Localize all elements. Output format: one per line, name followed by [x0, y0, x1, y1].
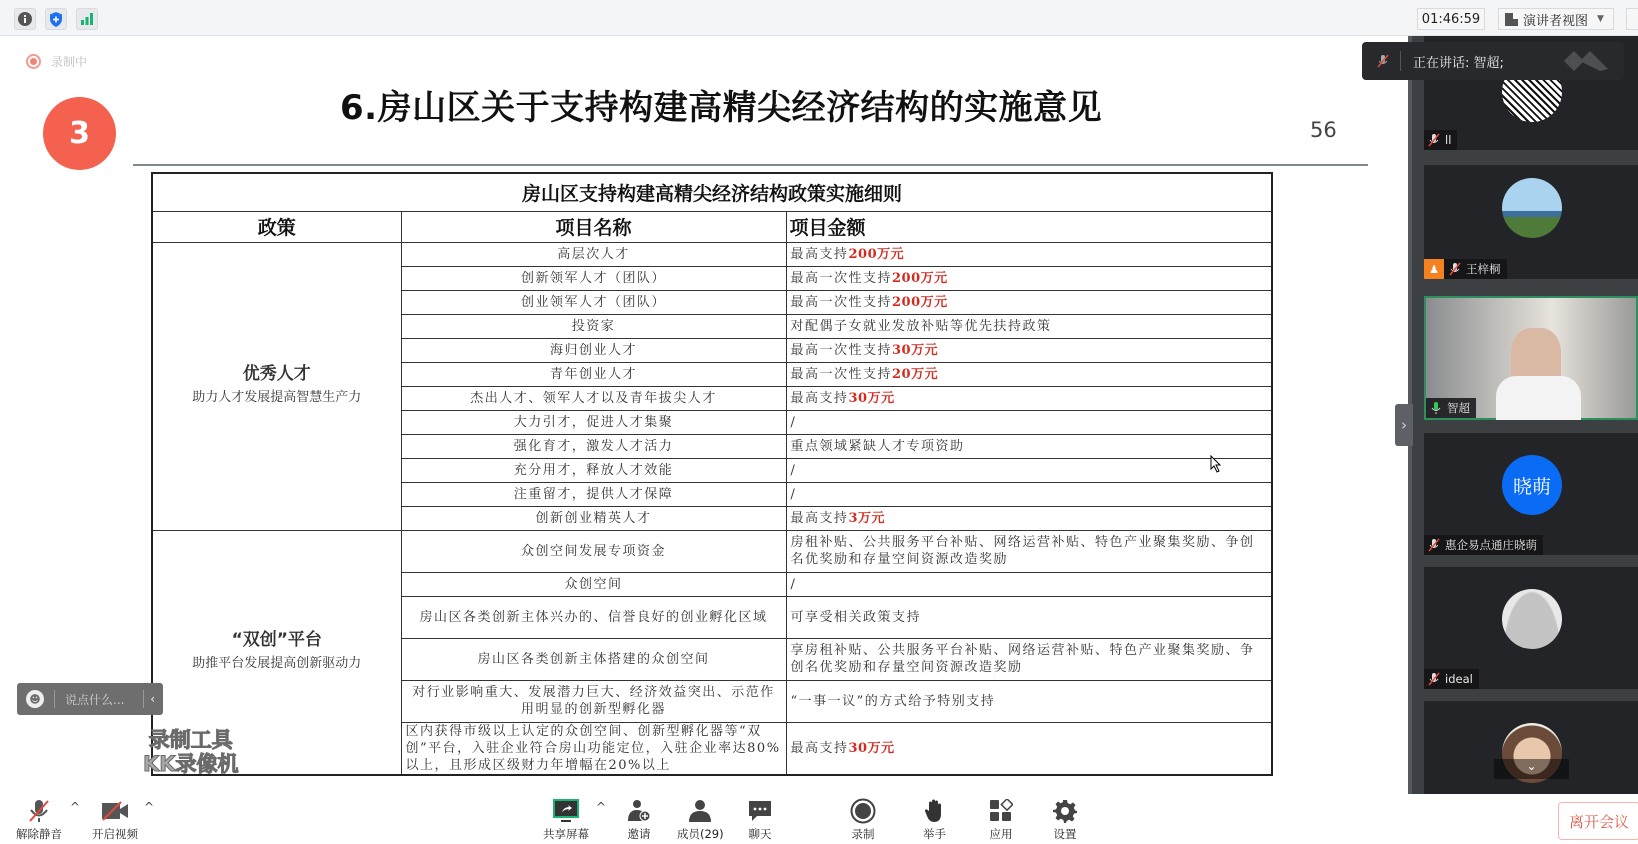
chat-icon — [748, 799, 772, 823]
start-video-button[interactable]: 开启视频 — [92, 798, 138, 842]
recorder-watermark: 录制工具 KK录像机 — [143, 728, 239, 776]
chat-input[interactable]: 说点什么... — [65, 691, 137, 708]
record-button[interactable]: 录制 — [850, 798, 876, 842]
fullscreen-button[interactable] — [1626, 8, 1638, 30]
security-shield-icon[interactable] — [45, 8, 67, 30]
participant-tile[interactable]: ♟ 王梓桐 — [1424, 165, 1638, 279]
participant-tile[interactable]: ideal — [1424, 567, 1638, 689]
meeting-top-bar: 01:46:59 演讲者视图 ▼ — [0, 0, 1638, 36]
raise-hand-icon — [924, 799, 946, 823]
mic-muted-icon — [1427, 672, 1441, 686]
column-header-amount: 项目金额 — [786, 211, 1272, 242]
mic-muted-icon — [1427, 133, 1441, 147]
mouse-cursor-icon — [1210, 455, 1222, 473]
unmute-button[interactable]: 解除静音 — [16, 798, 62, 842]
emoji-icon[interactable]: ☻ — [26, 690, 44, 708]
view-mode-label: 演讲者视图 — [1523, 10, 1588, 29]
slide-title: 6.房山区关于支持构建高精尖经济结构的实施意见 — [340, 80, 1102, 129]
mic-muted-icon — [28, 799, 50, 823]
chat-button[interactable]: 聊天 — [748, 798, 772, 842]
scroll-down-icon[interactable]: ⌄ — [1494, 759, 1569, 779]
layout-icon — [1505, 13, 1518, 26]
participant-tile[interactable]: ⌄ — [1424, 701, 1638, 794]
collapse-panel-button[interactable]: › — [1395, 404, 1413, 446]
active-speaker-toast: 正在讲话: 智超; — [1362, 42, 1624, 80]
settings-button[interactable]: 设置 — [1053, 798, 1077, 842]
avatar: 晓萌 — [1502, 455, 1562, 515]
participant-name: 惠企易点通庄晓萌 — [1445, 537, 1537, 553]
mic-muted-icon — [1376, 54, 1390, 68]
video-options-chevron-icon[interactable]: ^ — [144, 800, 154, 814]
table-row: “双创”平台助推平台发展提高创新驱动力 众创空间发展专项资金 房租补贴、公共服务… — [152, 530, 1272, 572]
host-icon: ♟ — [1424, 259, 1444, 279]
share-screen-button[interactable]: 共享屏幕 — [543, 798, 589, 842]
participant-name: 王梓桐 — [1466, 261, 1501, 277]
section-number-badge: 3 — [43, 97, 116, 170]
chat-input-bar[interactable]: ☻ 说点什么... ‹ — [17, 683, 163, 715]
mic-muted-icon — [1448, 262, 1462, 276]
table-caption: 房山区支持构建高精尖经济结构政策实施细则 — [152, 173, 1272, 211]
members-button[interactable]: 成员(29) — [677, 798, 724, 842]
slide-page-number: 56 — [1310, 118, 1337, 142]
column-header-policy: 政策 — [152, 211, 401, 242]
share-screen-icon — [553, 799, 579, 823]
share-options-chevron-icon[interactable]: ^ — [596, 800, 606, 814]
chevron-down-icon: ▼ — [1597, 14, 1604, 24]
mic-active-icon — [1429, 401, 1443, 415]
recording-dot-icon — [26, 54, 41, 69]
apps-grid-icon — [989, 799, 1013, 823]
shared-screen-slide: 3 6.房山区关于支持构建高精尖经济结构的实施意见 56 房山区支持构建高精尖经… — [0, 36, 1410, 794]
gear-icon — [1053, 799, 1077, 823]
invite-button[interactable]: 邀请 — [626, 798, 652, 842]
info-icon[interactable] — [14, 8, 36, 30]
recording-indicator: 录制中 — [26, 53, 87, 70]
policy-table: 房山区支持构建高精尖经济结构政策实施细则 政策 项目名称 项目金额 优秀人才助力… — [151, 172, 1273, 776]
avatar — [1502, 178, 1562, 238]
network-signal-icon[interactable] — [76, 8, 98, 30]
table-row: 优秀人才助力人才发展提高智慧生产力 高层次人才 最高支持200万元 — [152, 242, 1272, 266]
speaker-text: 正在讲话: 智超; — [1413, 52, 1504, 71]
title-divider — [133, 164, 1368, 166]
policy-cell-talent: 优秀人才助力人才发展提高智慧生产力 — [152, 242, 401, 530]
invite-user-icon — [626, 799, 652, 823]
video-off-icon — [101, 801, 129, 821]
avatar-default — [1502, 589, 1562, 649]
participant-tile[interactable]: 晓萌 ideal 惠企易点通庄晓萌 — [1424, 433, 1638, 555]
recording-label: 录制中 — [51, 53, 87, 70]
meeting-timer: 01:46:59 — [1417, 8, 1485, 30]
raise-hand-button[interactable]: 举手 — [923, 798, 946, 842]
participant-name: 智超 — [1447, 400, 1470, 416]
members-icon — [687, 799, 713, 823]
record-icon — [850, 798, 876, 824]
meeting-toolbar: 解除静音 ^ 开启视频 ^ 共享屏幕 ^ 邀请 成员(29) 聊天 录制 举手 … — [0, 794, 1638, 844]
mic-muted-icon — [1427, 538, 1441, 552]
view-mode-dropdown[interactable]: 演讲者视图 ▼ — [1498, 8, 1614, 30]
collapse-chat-icon[interactable]: ‹ — [150, 692, 155, 706]
participant-name: ideal — [1445, 672, 1473, 686]
column-header-item-name: 项目名称 — [401, 211, 786, 242]
participant-name: ll — [1445, 133, 1451, 147]
leave-meeting-button[interactable]: 离开会议 — [1558, 802, 1638, 840]
audio-options-chevron-icon[interactable]: ^ — [70, 800, 80, 814]
meeting-logo-icon — [1562, 49, 1610, 73]
participant-tile-active-speaker[interactable]: 智超 — [1424, 296, 1638, 420]
apps-button[interactable]: 应用 — [989, 798, 1013, 842]
